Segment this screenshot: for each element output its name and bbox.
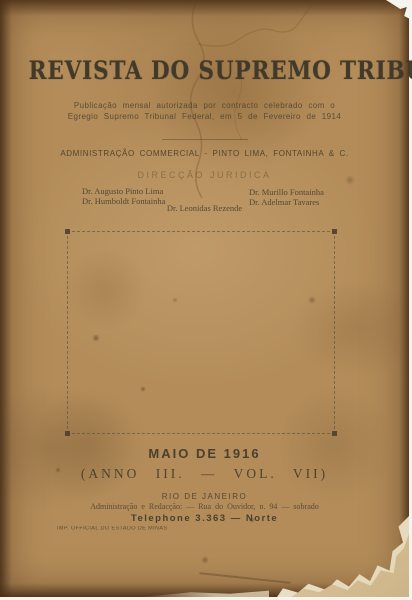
subtitle-line-1: Publicação mensal autorizada por contrac…: [0, 101, 409, 110]
director-name: Dr. Augusto Pinto Lima: [82, 186, 165, 196]
scanned-cover: REVISTA DO SUPREMO TRIBUNAL Publicação m…: [0, 0, 412, 600]
magazine-cover-paper: REVISTA DO SUPREMO TRIBUNAL Publicação m…: [0, 0, 409, 597]
magazine-title: REVISTA DO SUPREMO TRIBUNAL: [29, 56, 381, 85]
telephone-line: Telephone 3.363 — Norte: [0, 513, 409, 524]
printer-imprint: IMP. OFFICIAL DO ESTADO DE MINAS: [57, 526, 167, 532]
frame-corner-mark: [65, 229, 70, 234]
commercial-administration-line: ADMINISTRAÇÃO COMMERCIAL - PINTO LIMA, F…: [0, 149, 409, 158]
divider-rule: [162, 139, 248, 140]
issue-volume: (ANNO III. — VOL. VII): [0, 466, 409, 482]
issue-date: MAIO DE 1916: [0, 446, 409, 461]
directors-list: Dr. Augusto Pinto Lima Dr. Humboldt Font…: [0, 186, 409, 222]
frame-corner-mark: [332, 229, 337, 234]
cover-content: REVISTA DO SUPREMO TRIBUNAL Publicação m…: [0, 0, 409, 597]
address-line: Administração e Redacção: — Rua do Ouvid…: [0, 502, 409, 511]
blank-plate-frame: [67, 231, 335, 434]
juridical-direction-heading: DIRECÇÃO JURIDICA: [0, 170, 409, 180]
frame-corner-mark: [65, 431, 70, 436]
director-name-center: Dr. Leonidas Rezende: [0, 203, 409, 213]
director-name: Dr. Murillo Fontainha: [249, 187, 324, 197]
frame-corner-mark: [332, 431, 337, 436]
city-line: RIO DE JANEIRO: [0, 492, 409, 501]
subtitle-line-2: Egregio Supremo Tribunal Federal, em 5 d…: [0, 112, 409, 121]
